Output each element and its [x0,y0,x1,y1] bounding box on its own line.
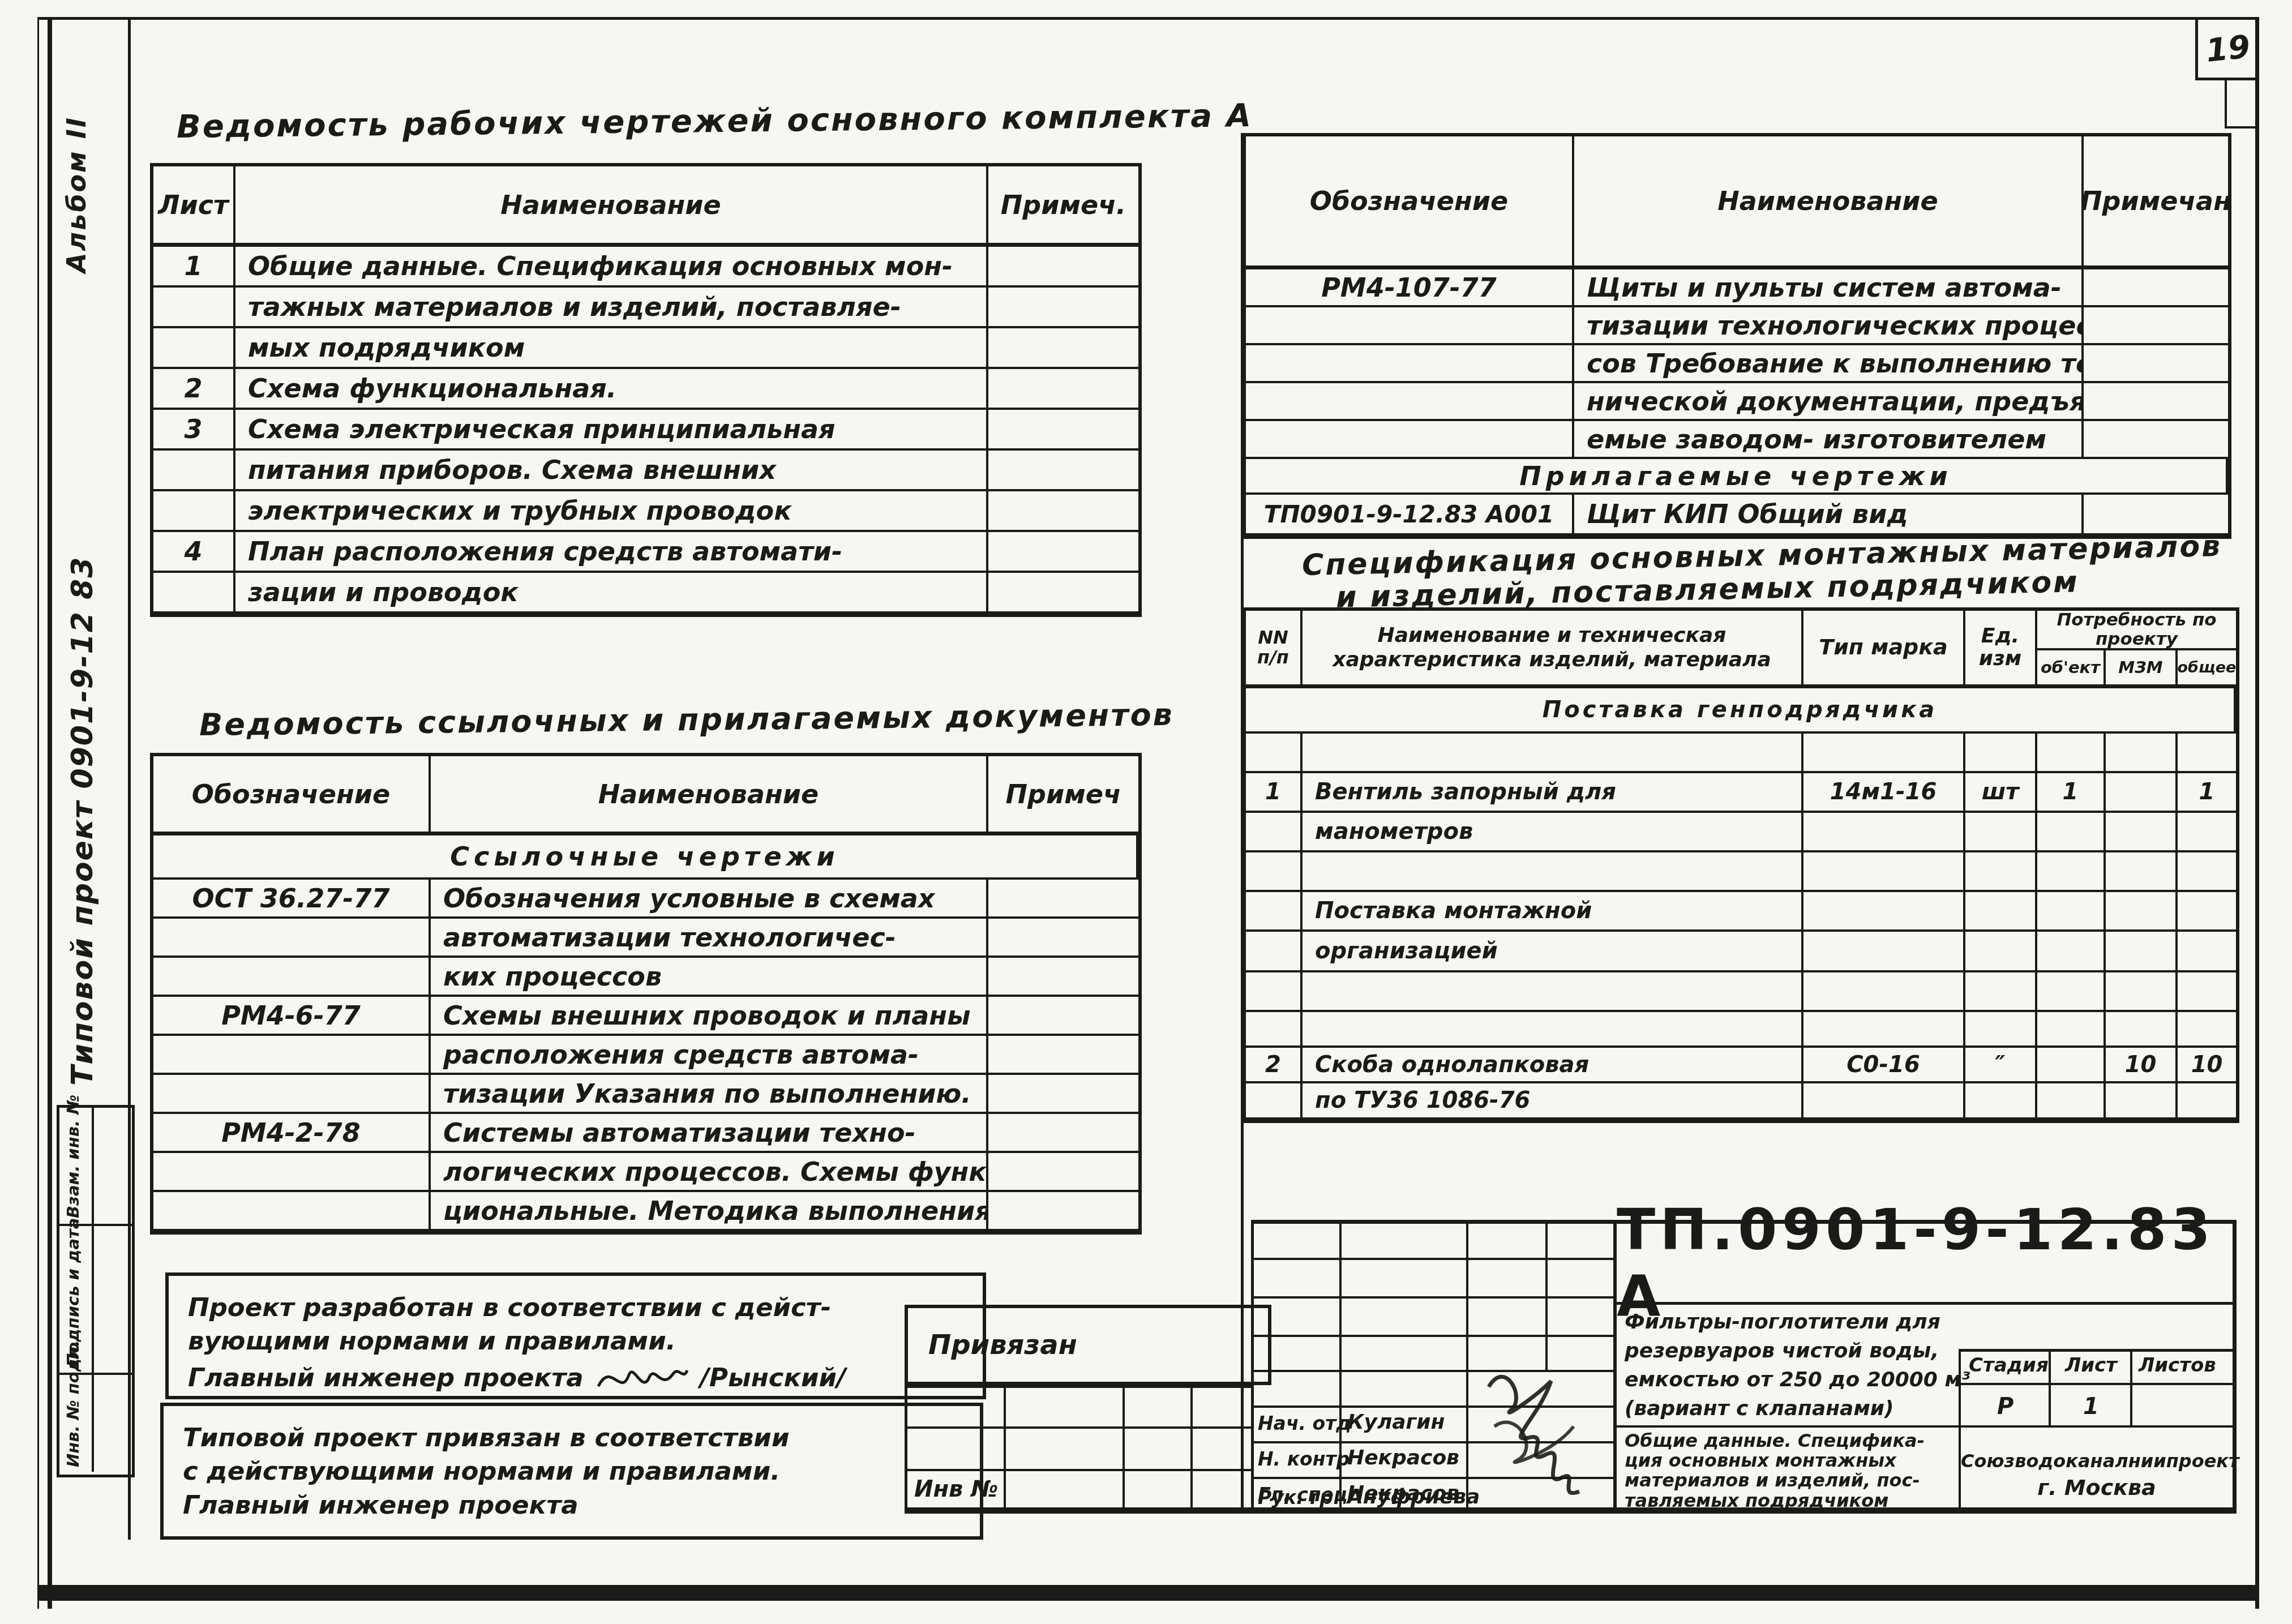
role-name: Ануфриева [1347,1485,1480,1509]
sheet-cell [153,328,235,369]
stamp-line [1959,1349,2235,1352]
spec-col-need: Потребность по проекту [2037,611,2236,650]
attached-col-name: Наименование [1574,136,2084,269]
sheet-cell: 4 [153,532,235,573]
role-label: Н. контр [1258,1448,1350,1470]
frame-right-line [2255,17,2259,1609]
unit-cell: шт [1965,773,2037,813]
note-line: Главный инженер проекта [183,1488,961,1522]
object-cell [2037,734,2106,773]
code-cell [1246,307,1574,345]
remark-cell [988,410,1138,451]
note-line: Типовой проект привязан в соответствии [183,1421,961,1454]
total-cell: 10 [2178,1048,2236,1083]
remark-cell [988,1036,1138,1075]
ref-docs-table: Обозначение Наименование Примеч Ссылочны… [150,753,1142,1235]
ref-col-name: Наименование [431,756,988,835]
total-cell [2178,892,2236,932]
ref-list-title: Ведомость ссылочных и прилагаемых докуме… [199,697,1174,743]
binding-grid-line [1123,1385,1125,1507]
spec-table: NN п/п Наименование и техническая характ… [1243,607,2239,1123]
inventory-number-label: Инв № [914,1476,998,1502]
remark-cell [988,1192,1138,1231]
sheets-label: Листов [2139,1354,2216,1377]
name-cell: Щит КИП Общий вид [1574,495,2084,535]
frame-top-line [37,17,2259,20]
mzm-cell: 10 [2106,1048,2178,1083]
remark-cell [988,958,1138,997]
remark-cell [988,573,1138,614]
drawings-col-sheet: Лист [153,166,235,247]
drawings-col-name: Наименование [235,166,988,247]
code-cell [1246,421,1574,459]
spec-subcol-object: об'ект [2037,650,2106,688]
code-cell: ТП0901-9-12.83 А001 [1246,495,1574,535]
name-cell: манометров [1303,813,1803,852]
name-cell: Поставка монтажной [1303,892,1803,932]
margin-box-label-inv: Инв. № подл. [63,1340,83,1467]
doc-title-line: резервуаров чистой воды, [1625,1336,1953,1365]
chief-engineer-signature [594,1358,690,1398]
name-cell: Схема функциональная. [235,369,988,410]
code-cell [153,1192,431,1231]
sheet-cell [153,451,235,491]
name-cell: по ТУ36 1086-76 [1303,1083,1803,1120]
note-project-developed: Проект разработан в соответствии с дейст… [165,1272,986,1399]
mzm-cell [2106,852,2178,892]
name-cell: сов Требование к выполнению тех- [1574,345,2084,383]
doc-title-line: емкостью от 250 до 20000 м³ [1625,1365,1953,1394]
sheet-cell: 1 [153,247,235,288]
type-cell [1803,813,1965,852]
remark-cell [988,880,1138,919]
remark-cell [2084,307,2228,345]
spec-subcol-mzm: МЗМ [2106,650,2178,688]
total-cell [2178,852,2236,892]
binding-grid-line [905,1469,1251,1471]
binding-box: Привязан [905,1305,1271,1385]
name-cell: логических процессов. Схемы функ- [431,1153,988,1192]
nn-cell [1246,852,1303,892]
remark-cell [2084,421,2228,459]
unit-cell [1965,852,2037,892]
name-cell: Вентиль запорный для [1303,773,1803,813]
total-cell [2178,1083,2236,1120]
doc-subtitle-line: ция основных монтажных [1625,1451,1953,1471]
object-cell [2037,813,2106,852]
code-cell [1246,383,1574,421]
stage-label: Стадия [1969,1354,2049,1377]
doc-subtitle-line: тавляемых подрядчиком [1625,1491,1953,1511]
name-cell: организацией [1303,932,1803,972]
code-cell: ОСТ 36.27-77 [153,880,431,919]
remark-cell [988,491,1138,532]
stamp-line [2130,1349,2132,1425]
total-cell [2178,972,2236,1012]
stamp-line [1466,1220,1468,1510]
name-cell: электрических и трубных проводок [235,491,988,532]
mzm-cell [2106,813,2178,852]
remark-cell [988,288,1138,328]
nn-cell [1246,892,1303,932]
object-cell [2037,852,2106,892]
total-cell [2178,1012,2236,1048]
spec-col-unit: Ед. изм [1965,611,2037,688]
name-cell: тизации технологических процес- [1574,307,2084,345]
role-label: Рук. гр. [1258,1486,1340,1509]
stamp-line [2049,1349,2051,1425]
organization-city: г. Москва [1961,1473,2233,1502]
role-label: Нач. отд [1258,1412,1351,1434]
name-cell: Общие данные. Спецификация основных мон- [235,247,988,288]
type-cell: 14м1-16 [1803,773,1965,813]
name-cell: тажных материалов и изделий, поставляе- [235,288,988,328]
nn-cell: 1 [1246,773,1303,813]
object-cell [2037,1048,2106,1083]
frame-left-thick-line [48,17,52,1609]
attached-docs-table: Обозначение Наименование Примечан РМ4-10… [1243,133,2231,539]
spec-col-type: Тип марка [1803,611,1965,688]
frame-bottom-band [37,1585,2259,1601]
remark-cell [2084,383,2228,421]
object-cell [2037,1083,2106,1120]
mzm-cell [2106,892,2178,932]
stamp-line [1613,1425,1961,1428]
code-cell: РМ4-2-78 [153,1114,431,1153]
corner-sub-box [2225,78,2257,128]
doc-title-line: Фильтры-поглотители для [1625,1308,1953,1336]
unit-cell [1965,972,2037,1012]
note-line: вующими нормами и правилами. [188,1324,963,1357]
remark-cell [988,369,1138,410]
stamp-line [1545,1220,1548,1370]
type-cell: С0-16 [1803,1048,1965,1083]
note-line: с действующими нормами и правилами. [183,1454,961,1488]
sheet-value: 1 [2083,1394,2099,1420]
frame-left-thin-line [37,17,39,1609]
remark-cell [988,247,1138,288]
name-cell: мых подрядчиком [235,328,988,369]
project-code: ТП.0901-9-12.83 А [1617,1224,2233,1302]
margin-box-inner-line [92,1105,94,1472]
name-cell: Скоба однолапковая [1303,1048,1803,1083]
unit-cell [1965,1083,2037,1120]
mzm-cell [2106,1083,2178,1120]
page-number: 19 [2204,28,2252,70]
binding-grid-line [1004,1385,1006,1507]
note-line: Главный инженер проекта [188,1361,584,1394]
code-cell: РМ4-107-77 [1246,269,1574,307]
remark-cell [2084,345,2228,383]
note-line: Проект разработан в соответствии с дейст… [188,1291,963,1324]
nn-cell [1246,972,1303,1012]
attached-section-header: Прилагаемые чертежи [1246,459,2228,495]
spec-col-nn: NN п/п [1246,611,1303,688]
name-cell: ких процессов [431,958,988,997]
binding-grid-line [1190,1385,1193,1507]
object-cell: 1 [2037,773,2106,813]
stamp-line [1959,1425,2235,1428]
type-cell [1803,972,1965,1012]
name-cell: циональные. Методика выполнения. [431,1192,988,1231]
nn-cell: 2 [1246,1048,1303,1083]
object-cell [2037,892,2106,932]
nn-cell [1246,932,1303,972]
note-project-bound: Типовой проект привязан в соответствии с… [160,1403,983,1540]
mzm-cell [2106,734,2178,773]
spec-col-name: Наименование и техническая характеристик… [1303,611,1803,688]
nn-cell [1246,1012,1303,1048]
doc-title-line: (вариант с клапанами) [1625,1394,1953,1423]
attached-col-code: Обозначение [1246,136,1574,269]
type-cell [1803,1012,1965,1048]
name-cell [1303,852,1803,892]
sheet-cell: 2 [153,369,235,410]
stamp-line [1251,1335,1616,1337]
doc-subtitle-line: материалов и изделий, пос- [1625,1471,1953,1490]
approval-signatures [1472,1359,1613,1506]
name-cell: расположения средств автома- [431,1036,988,1075]
type-cell [1803,1083,1965,1120]
name-cell [1303,1012,1803,1048]
name-cell: План расположения средств автомати- [235,532,988,573]
name-cell [1303,972,1803,1012]
drawings-list-title: Ведомость рабочих чертежей основного ком… [177,97,1253,145]
remark-cell [988,1114,1138,1153]
remark-cell [988,328,1138,369]
mzm-cell [2106,1012,2178,1048]
doc-subtitle: Общие данные. Специфика- ция основных мо… [1625,1431,1953,1511]
total-cell [2178,932,2236,972]
stamp-line [1613,1302,2237,1305]
name-cell: Схема электрическая принципиальная [235,410,988,451]
name-cell: тизации Указания по выполнению. [431,1075,988,1114]
spec-section-header: Поставка генподрядчика [1246,688,2236,734]
name-cell: Обозначения условные в схемах [431,880,988,919]
type-cell [1803,932,1965,972]
unit-cell [1965,932,2037,972]
stage-value: Р [1997,1394,2013,1420]
ref-col-note: Примеч [988,756,1138,835]
doc-title: Фильтры-поглотители для резервуаров чист… [1625,1308,1953,1423]
mzm-cell [2106,932,2178,972]
unit-cell: ″ [1965,1048,2037,1083]
total-cell [2178,813,2236,852]
unit-cell [1965,1012,2037,1048]
name-cell: Схемы внешних проводок и планы [431,997,988,1036]
object-cell [2037,972,2106,1012]
mzm-cell [2106,972,2178,1012]
code-cell [153,1036,431,1075]
code-cell [153,1075,431,1114]
sheet-cell [153,491,235,532]
remark-cell [988,997,1138,1036]
stamp-line [1251,1296,1616,1299]
name-cell: нической документации, предъявля- [1574,383,2084,421]
unit-cell [1965,734,2037,773]
drawings-table: Лист Наименование Примеч. 1 Общие данные… [150,163,1142,617]
code-cell [153,1153,431,1192]
sheet-cell [153,288,235,328]
stamp-line [1251,1258,1616,1260]
object-cell [2037,1012,2106,1048]
total-cell [2178,734,2236,773]
type-cell [1803,852,1965,892]
corner-page-box: 19 [2195,20,2258,80]
name-cell: Щиты и пульты систем автома- [1574,269,2084,307]
margin-album-label: Альбом II [61,116,92,273]
code-cell [153,958,431,997]
attached-col-note: Примечан [2084,136,2228,269]
nn-cell [1246,1083,1303,1120]
binding-label: Привязан [928,1329,1077,1361]
type-cell [1803,734,1965,773]
mzm-cell [2106,773,2178,813]
organization-name: Союзводоканалниипроект [1961,1449,2233,1473]
sheet-cell [153,573,235,614]
scanned-drawing-sheet: 19 Альбом II Типовой проект 0901-9-12 83… [0,0,2292,1624]
remark-cell [988,1153,1138,1192]
margin-box-label-vzam: Взам. инв. № [63,1095,83,1218]
organization: Союзводоканалниипроект г. Москва [1961,1449,2233,1502]
name-cell: Системы автоматизации техно- [431,1114,988,1153]
nn-cell [1246,813,1303,852]
unit-cell [1965,892,2037,932]
stamp-line [1251,1220,1254,1510]
doc-subtitle-line: Общие данные. Специфика- [1625,1431,1953,1451]
ref-section-header: Ссылочные чертежи [153,835,1138,880]
nn-cell [1246,734,1303,773]
ref-col-code: Обозначение [153,756,431,835]
role-name: Некрасов [1347,1446,1459,1469]
role-name: Кулагин [1347,1411,1445,1434]
signature-decipher: /Рынский/ [700,1361,846,1394]
name-cell: зации и проводок [235,573,988,614]
remark-cell [2084,269,2228,307]
object-cell [2037,932,2106,972]
binding-grid-line [905,1426,1251,1429]
name-cell: питания приборов. Схема внешних [235,451,988,491]
name-cell: автоматизации технологичес- [431,919,988,958]
stamp-bottom-line [905,1507,2237,1514]
name-cell: емые заводом- изготовителем [1574,421,2084,459]
spec-subcol-total: общее [2178,650,2236,688]
remark-cell [988,532,1138,573]
stamp-line [1959,1383,2235,1385]
remark-cell [988,1075,1138,1114]
remark-cell [988,919,1138,958]
name-cell [1303,734,1803,773]
sheet-label: Лист [2065,1354,2117,1377]
unit-cell [1965,813,2037,852]
code-cell: РМ4-6-77 [153,997,431,1036]
sheet-cell: 3 [153,410,235,451]
code-cell [1246,345,1574,383]
remark-cell [988,451,1138,491]
drawings-col-note: Примеч. [988,166,1138,247]
margin-project-label: Типовой проект 0901-9-12 83 [66,556,100,1086]
total-cell: 1 [2178,773,2236,813]
code-cell [153,919,431,958]
type-cell [1803,892,1965,932]
